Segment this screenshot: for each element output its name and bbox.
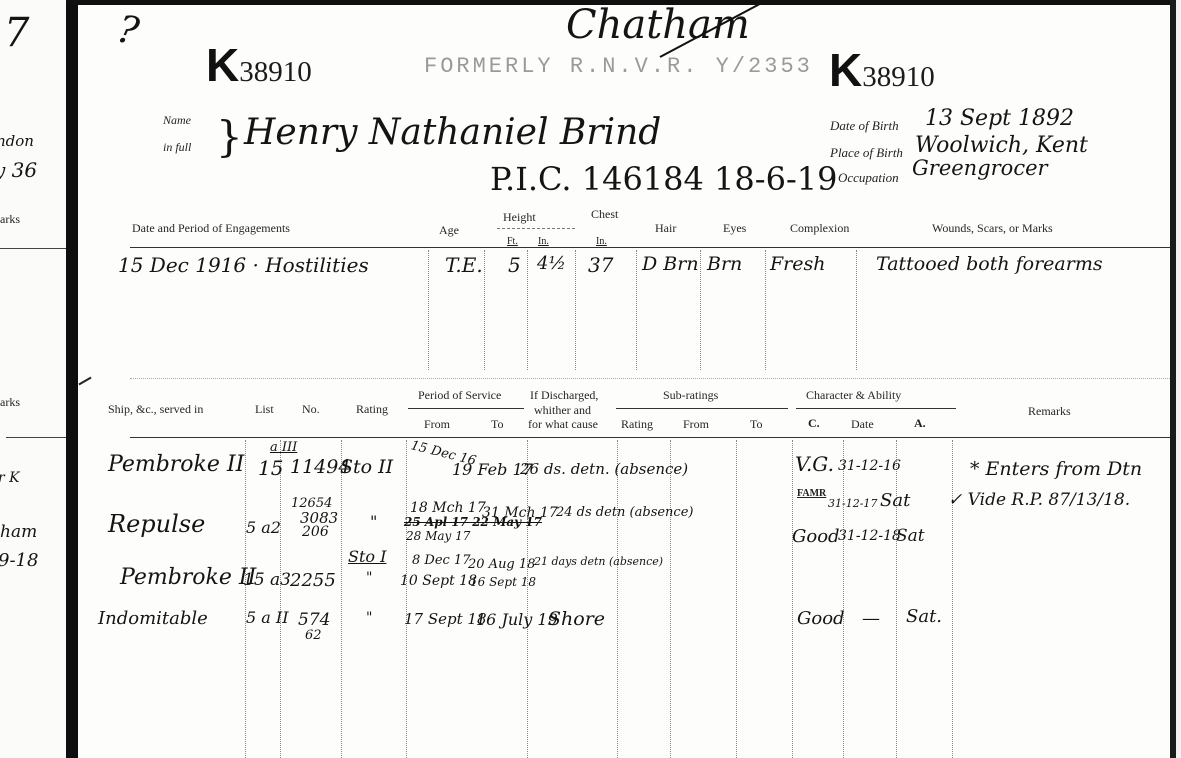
engagement-age: T.E. (445, 253, 483, 277)
character-c: Good (792, 526, 840, 547)
to-date: 16 Sept 18 (470, 575, 536, 589)
header-date: Date (851, 417, 874, 432)
margin-fragment: arks (0, 212, 20, 227)
to-date: 16 July 19 (476, 610, 558, 629)
margin-fragment: y 36 (0, 158, 37, 182)
pic-annotation: P.I.C. 146184 18-6-19 (490, 160, 837, 198)
list: 15 a3 (243, 570, 291, 590)
engagement-complexion: Fresh (770, 253, 826, 275)
header-discharged-2: whither and (534, 403, 591, 418)
occupation-label: Occupation (838, 170, 899, 186)
header-discharged-1: If Discharged, (530, 388, 598, 403)
header-no: No. (302, 402, 320, 417)
from-date: 8 Dec 17 (412, 553, 470, 568)
header-period: Period of Service (418, 388, 501, 403)
remark: ✓ Vide R.P. 87/13/18. (948, 490, 1130, 510)
ship: Pembroke II (120, 565, 256, 590)
dob-label: Date of Birth (830, 118, 899, 134)
discharged: Shore (548, 608, 605, 630)
character-c: V.G. (795, 452, 834, 476)
brace-icon: } (216, 112, 243, 161)
struck-entry: 25 Apl 17 22 May 17 (404, 515, 542, 529)
official-number-left: K38910 (206, 42, 312, 88)
engagement-height-in: 4½ (537, 253, 566, 274)
remark: * Enters from Dtn (970, 458, 1142, 480)
number-value: 38910 (862, 61, 935, 93)
number-value: 38910 (239, 56, 312, 88)
character-c: FAMR (797, 488, 826, 499)
header-a: A. (914, 416, 926, 431)
character-a: Sat. (906, 606, 942, 627)
header-sub-rating: Rating (621, 417, 653, 432)
header-remarks: Remarks (1028, 404, 1071, 419)
official-no-below: 206 (302, 524, 329, 540)
rating: " (370, 512, 377, 531)
pob-value: Woolwich, Kent (915, 133, 1088, 158)
from-date: 17 Sept 18 (404, 610, 487, 628)
dob-value: 13 Sept 1892 (925, 106, 1074, 131)
rating: Sto I (348, 547, 386, 566)
official-no-below: 62 (305, 628, 322, 643)
header-chest-in: In. (596, 236, 607, 247)
official-no: 574 (298, 610, 330, 630)
top-left-mark: ? (114, 6, 143, 53)
character-c: Good (797, 608, 845, 629)
list: 15 (258, 456, 283, 480)
header-eyes: Eyes (723, 221, 746, 236)
character-date: 31-12-16 (838, 458, 901, 474)
character-date: 31-12-18 (838, 528, 901, 544)
margin-fragment: 9-18 (0, 550, 38, 571)
margin-fragment: arks (0, 395, 20, 410)
ship: Repulse (108, 510, 205, 538)
header-rating: Rating (356, 402, 388, 417)
discharged: 24 ds detn (absence) (556, 505, 693, 520)
list: 5 a2 (246, 518, 281, 537)
header-c: C. (808, 416, 820, 431)
engagement-marks: Tattooed both forearms (876, 253, 1103, 275)
character-date: — (862, 608, 880, 629)
occupation-value: Greengrocer (912, 156, 1048, 180)
character-a: Sat (896, 526, 925, 546)
engagement-chest: 37 (588, 253, 613, 277)
header-discharged-3: for what cause (528, 417, 598, 432)
number-prefix: K (829, 44, 862, 96)
name-label-2: in full (163, 140, 191, 155)
header-subratings: Sub-ratings (663, 388, 718, 403)
number-prefix: K (206, 39, 239, 91)
ship: Pembroke II (108, 452, 244, 477)
list: 5 a II (246, 608, 289, 627)
pob-label: Place of Birth (830, 145, 903, 161)
rating: " (366, 570, 372, 586)
header-height-ft: Ft. (507, 236, 518, 247)
margin-fragment: r K (0, 470, 20, 486)
rating: Sto II (340, 456, 393, 478)
full-name: Henry Nathaniel Brind (244, 112, 661, 153)
previous-page-margin: 7 ndon y 36 arks arks r K ham 9-18 (0, 0, 66, 758)
from-date-2: 28 May 17 (406, 529, 470, 543)
margin-mark: 7 (4, 10, 29, 56)
discharged: 21 days detn (absence) (534, 555, 663, 568)
ship: Indomitable (98, 608, 208, 629)
official-no: 2255 (290, 570, 336, 591)
margin-fragment: ndon (0, 132, 34, 150)
header-marks: Wounds, Scars, or Marks (932, 221, 1053, 236)
header-sub-from: From (683, 417, 709, 432)
from-date: 10 Sept 18 (400, 573, 477, 589)
next-page-edge (1176, 0, 1181, 758)
header-from: From (424, 417, 450, 432)
engagement-hair: D Brn (642, 253, 699, 275)
header-complexion: Complexion (790, 221, 849, 236)
character-date: 31-12-17 (828, 497, 877, 510)
header-engagement: Date and Period of Engagements (132, 221, 290, 236)
rating: " (366, 610, 372, 626)
header-list: List (255, 402, 274, 417)
header-ship: Ship, &c., served in (108, 402, 203, 417)
engagement-height-ft: 5 (508, 253, 521, 277)
header-height: Height (503, 210, 536, 225)
header-height-in: In. (538, 236, 549, 247)
official-number-right: K38910 (829, 47, 935, 93)
header-hair: Hair (655, 221, 676, 236)
header-chest: Chest (591, 207, 618, 222)
check-mark-icon (78, 377, 91, 386)
discharged: 26 ds. detn. (absence) (520, 460, 688, 478)
binding-edge (66, 0, 78, 758)
name-label: Name (163, 113, 191, 128)
engagement-eyes: Brn (707, 253, 742, 275)
header-age: Age (439, 223, 459, 238)
margin-fragment: ham (0, 522, 37, 542)
header-sub-to: To (750, 417, 763, 432)
list-annotation: a III (270, 440, 297, 455)
engagement-period: 15 Dec 1916 · Hostilities (118, 253, 369, 277)
from-date: 18 Mch 17 (410, 500, 486, 516)
header-to: To (491, 417, 504, 432)
character-a: Sat (880, 490, 910, 511)
to-date: 20 Aug 18 (468, 557, 535, 572)
former-number-stamp: FORMERLY R.N.V.R. Y/2353 (424, 54, 813, 79)
header-character: Character & Ability (806, 388, 901, 403)
